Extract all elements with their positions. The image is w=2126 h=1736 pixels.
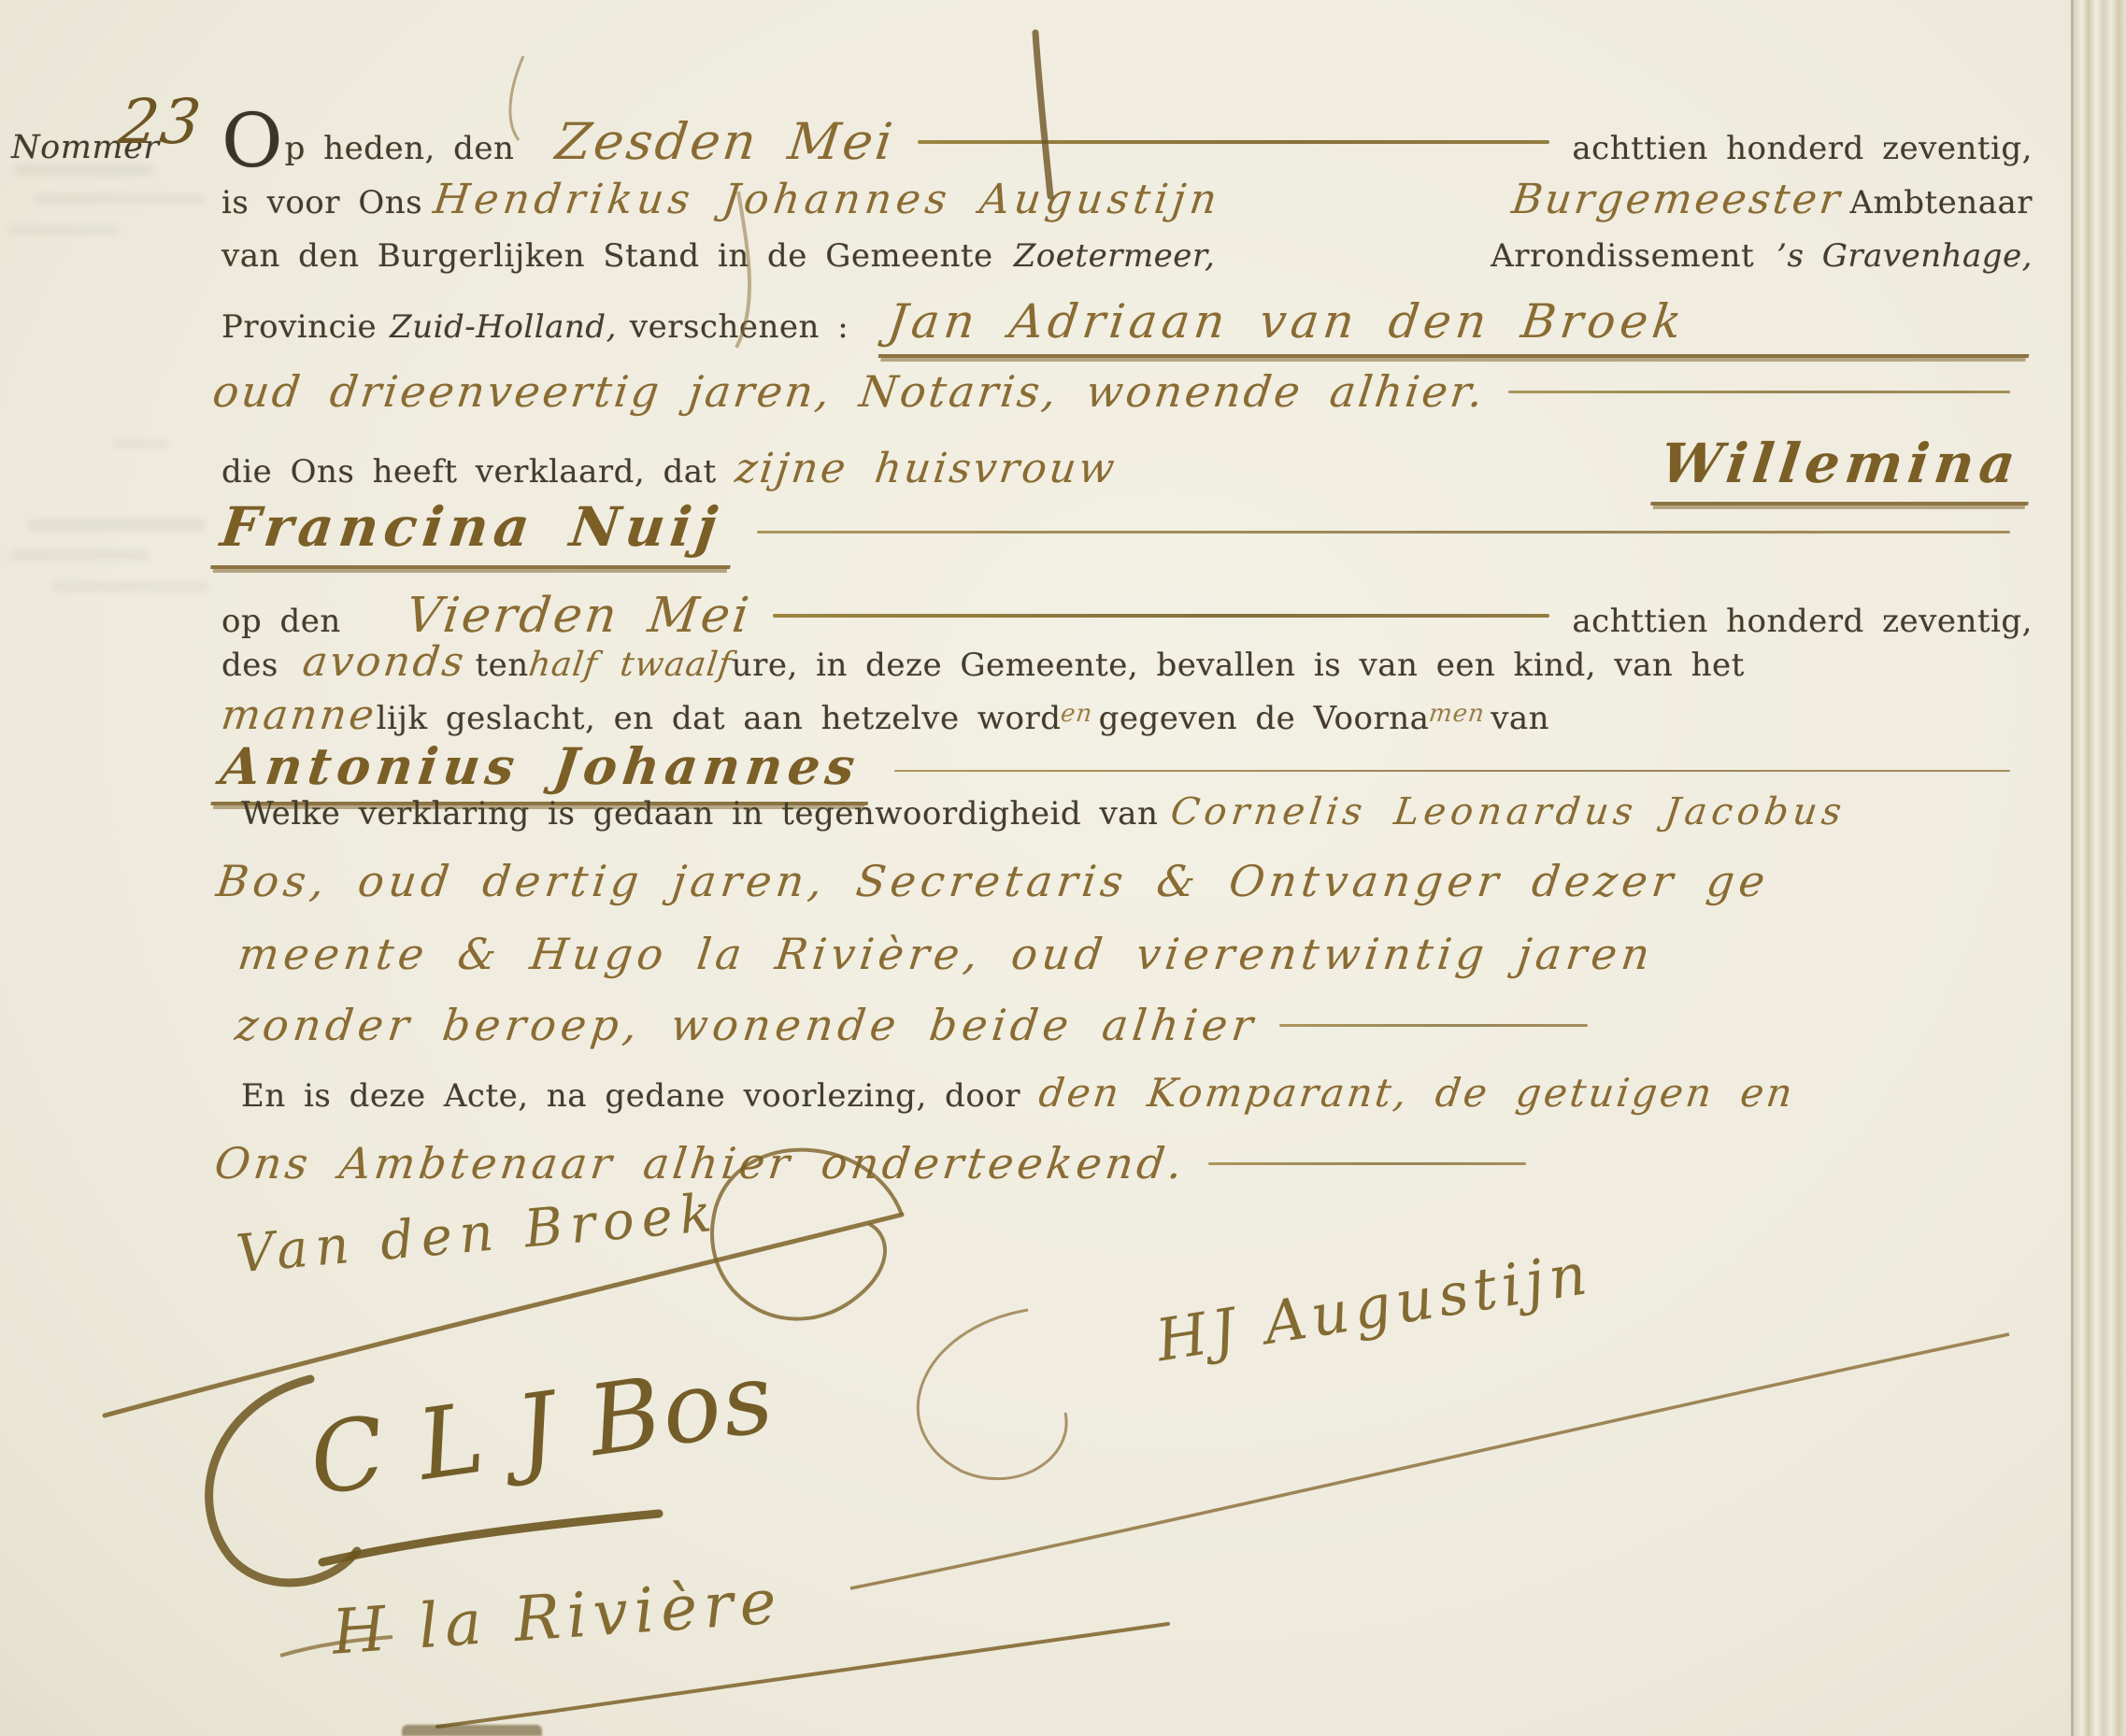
blank-line-fill — [757, 531, 2010, 534]
printed-text: verschenen : — [630, 308, 849, 347]
signature-van-den-broek: Van den Broek — [234, 1183, 721, 1286]
printed-text: ure, in deze Gemeente, bevallen is van e… — [732, 647, 1745, 685]
printed-text: op den — [221, 603, 341, 641]
page-edge-line — [2071, 0, 2074, 1736]
blank-line-fill — [773, 614, 1549, 618]
text-line: des avonds ten half twaalf ure, in deze … — [0, 638, 2033, 688]
printed-text: van — [1491, 700, 1549, 738]
page-binding-edge — [2070, 0, 2126, 1736]
text-line: oud drieenveertig jaren, Notaris, wonend… — [0, 366, 2033, 418]
text-line: is voor Ons Hendrikus Johannes Augustijn… — [0, 176, 2033, 225]
handwritten-text: Ons Ambtenaar alhier onderteekend. — [212, 1138, 1189, 1189]
text-line: zonder beroep, wonende beide alhier — [0, 1000, 2033, 1051]
birth-certificate-page: Nommer 23 O p heden, den Zesden Mei acht… — [0, 0, 2126, 1736]
handwritten-text: zonder beroep, wonende beide alhier — [233, 1000, 1261, 1051]
handwritten-witness1-name: Cornelis Leonardus Jacobus — [1168, 790, 1848, 834]
printed-text: is voor Ons — [221, 184, 422, 222]
text-line: Ons Ambtenaar alhier onderteekend. — [0, 1138, 2033, 1189]
printed-text: En is deze Acte, na gedane voorlezing, d… — [241, 1077, 1020, 1116]
handwritten-text: Bos, oud dertig jaren, Secretaris & Ontv… — [214, 856, 1773, 907]
printed-text: achttien honderd zeventig, — [1572, 130, 2033, 168]
text-line: O p heden, den Zesden Mei achttien honde… — [0, 112, 2033, 173]
text-line: En is deze Acte, na gedane voorlezing, d… — [0, 1070, 2033, 1117]
printed-text: p heden, den — [285, 130, 515, 168]
handwritten-witness2-name: meente & Hugo la Rivière, oud vierentwin… — [235, 929, 1657, 980]
printed-text: Arrondissement — [1491, 237, 1754, 276]
signature-augustijn: HJ Augustijn — [1151, 1239, 1596, 1375]
printed-text: Welke verklaring is gedaan in tegenwoord… — [241, 795, 1158, 833]
printed-text: des — [221, 647, 278, 685]
printed-province: Zuid-Holland, — [390, 308, 617, 347]
text-line: Provincie Zuid-Holland, verschenen : Jan… — [0, 293, 2033, 358]
signature-bos: C L J Bos — [303, 1340, 781, 1517]
bleed-through-mark — [7, 224, 120, 235]
blank-line-fill — [1508, 391, 2010, 393]
printed-text: lijk geslacht, en dat aan hetzelve word — [377, 700, 1062, 738]
text-line: manne lijk geslacht, en dat aan hetzelve… — [0, 691, 2033, 741]
handwritten-registrar-name: Hendrikus Johannes Augustijn — [431, 176, 1224, 225]
ink-stain — [402, 1725, 542, 1736]
handwritten-mother-name: Willemina — [1650, 432, 2037, 505]
blank-line-fill — [1279, 1024, 1588, 1027]
printed-text: gegeven de Voorna — [1099, 700, 1430, 738]
handwritten-insertion: en — [1060, 700, 1095, 729]
handwritten-text: oud drieenveertig jaren, Notaris, wonend… — [210, 366, 1489, 418]
handwritten-hour: half twaalf — [526, 645, 734, 685]
printed-text: Provincie — [221, 308, 377, 347]
printed-text: ten — [476, 647, 529, 685]
text-line: op den Vierden Mei achttien honderd zeve… — [0, 587, 2033, 645]
printed-district: ’s Gravenhage, — [1776, 237, 2033, 276]
handwritten-mother-name: Francina Nuij — [210, 495, 739, 569]
blank-line-fill — [1208, 1162, 1526, 1165]
printed-text: van den Burgerlijken Stand in de Gemeent… — [221, 237, 993, 276]
handwritten-time-of-day: avonds — [300, 638, 469, 688]
handwritten-declarant-name: Jan Adriaan van den Broek — [878, 293, 2036, 358]
text-line: van den Burgerlijken Stand in de Gemeent… — [0, 237, 2033, 276]
handwritten-title: Burgemeester — [1509, 176, 1846, 225]
printed-text: achttien honderd zeventig, — [1572, 603, 2033, 641]
handwritten-text: zijne huisvrouw — [732, 445, 1119, 494]
text-line: Bos, oud dertig jaren, Secretaris & Ontv… — [0, 856, 2033, 907]
signature-la-riviere: H la Rivière — [330, 1565, 785, 1668]
printed-text: Ambtenaar — [1849, 184, 2033, 222]
text-line: Welke verklaring is gedaan in tegenwoord… — [0, 790, 2033, 834]
printed-municipality: Zoetermeer, — [1014, 237, 1216, 276]
text-line: meente & Hugo la Rivière, oud vierentwin… — [0, 929, 2033, 980]
text-line: Francina Nuij — [0, 495, 2033, 569]
text-line: die Ons heeft verklaard, dat zijne huisv… — [0, 432, 2033, 505]
printed-text: die Ons heeft verklaard, dat — [221, 453, 717, 491]
blank-line-fill — [894, 770, 2010, 773]
handwritten-gender-prefix: manne — [219, 691, 379, 741]
handwritten-insertion: men — [1427, 700, 1487, 729]
handwritten-date: Zesden Mei — [552, 112, 898, 173]
handwritten-text: den Komparant, de getuigen en — [1036, 1070, 1798, 1117]
blank-line-fill — [918, 140, 1550, 144]
handwritten-birth-date: Vierden Mei — [403, 587, 754, 645]
